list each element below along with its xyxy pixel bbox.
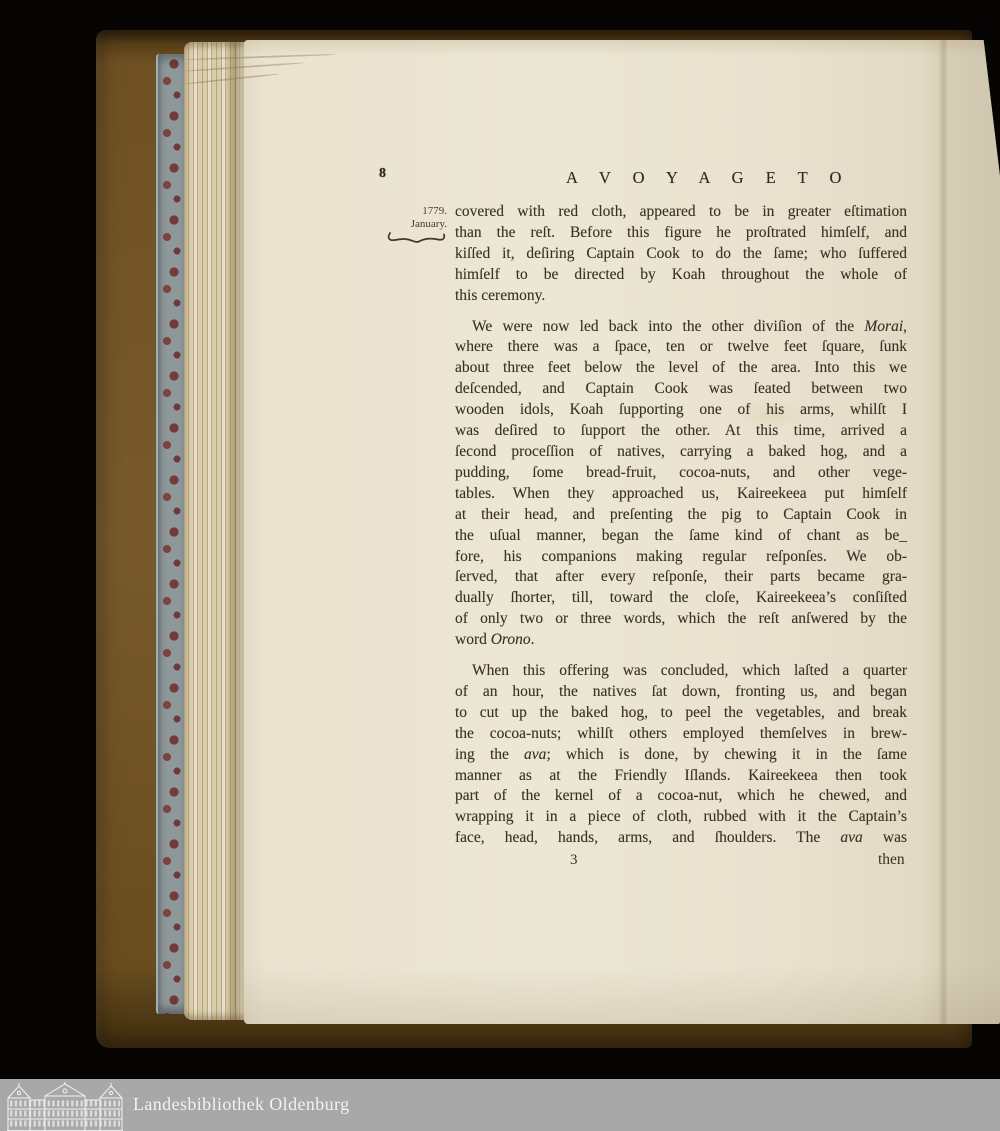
book-page: 8 A V O Y A G E T O 1779. January. cover… xyxy=(244,40,1000,1024)
catchword: then xyxy=(878,851,905,869)
text-line: We were now led back into the other divi… xyxy=(455,317,907,338)
page-stack-fore-edge xyxy=(184,42,245,1020)
text-line: When this offering was concluded, which … xyxy=(455,661,907,682)
library-name: Landesbibliothek Oldenburg xyxy=(133,1094,350,1115)
body-text: covered with red cloth, appeared to be i… xyxy=(455,202,907,849)
text-line: this ceremony. xyxy=(455,286,907,307)
paragraph: We were now led back into the other divi… xyxy=(455,317,907,652)
margin-note-brace xyxy=(387,231,447,245)
text-line: than the reſt. Before this figure he pro… xyxy=(455,223,907,244)
library-building-icon xyxy=(5,1082,125,1131)
signature-mark: 3 xyxy=(570,852,578,869)
text-line: dually ſhorter, till, toward the cloſe, … xyxy=(455,588,907,609)
text-line: pudding, ſome bread-fruit, cocoa-nuts, a… xyxy=(455,463,907,484)
paragraph: covered with red cloth, appeared to be i… xyxy=(455,202,907,307)
text-line: the cocoa-nuts; whilſt others employed t… xyxy=(455,724,907,745)
text-line: ſecond proceſſion of natives, carrying a… xyxy=(455,442,907,463)
text-line: wooden idols, Koah ſupporting one of his… xyxy=(455,400,907,421)
running-title: A V O Y A G E T O xyxy=(566,168,846,188)
text-line: fore, his companions making regular reſp… xyxy=(455,547,907,568)
text-line: ſerved, that after every reſponſe, their… xyxy=(455,567,907,588)
text-line: kiſſed it, deſiring Captain Cook to do t… xyxy=(455,244,907,265)
text-line: of only two or three words, which the re… xyxy=(455,609,907,630)
text-line: covered with red cloth, appeared to be i… xyxy=(455,202,907,223)
text-line: wrapping it in a piece of cloth, rubbed … xyxy=(455,807,907,828)
margin-note: 1779. January. xyxy=(377,205,447,245)
text-line: deſcended, and Captain Cook was ſeated b… xyxy=(455,379,907,400)
text-line: of an hour, the natives ſat down, fronti… xyxy=(455,682,907,703)
margin-note-year: 1779. xyxy=(377,205,447,218)
page-number: 8 xyxy=(379,166,386,182)
text-line: about three feet below the level of the … xyxy=(455,358,907,379)
paragraph: When this offering was concluded, which … xyxy=(455,661,907,849)
text-line: face, head, hands, arms, and ſhoulders. … xyxy=(455,828,907,849)
text-line: tables. When they approached us, Kaireek… xyxy=(455,484,907,505)
library-footer-bar: Landesbibliothek Oldenburg xyxy=(0,1079,1000,1131)
margin-note-month: January. xyxy=(377,218,447,231)
scanned-book-page-view: 8 A V O Y A G E T O 1779. January. cover… xyxy=(0,0,1000,1131)
text-line: the uſual manner, began the ſame kind of… xyxy=(455,526,907,547)
text-line: to cut up the baked hog, to peel the veg… xyxy=(455,703,907,724)
text-line: at their head, and preſenting the pig to… xyxy=(455,505,907,526)
text-line: where there was a ſpace, ten or twelve f… xyxy=(455,337,907,358)
text-line: ing the ava; which is done, by chewing i… xyxy=(455,745,907,766)
text-line: part of the kernel of a cocoa-nut, which… xyxy=(455,786,907,807)
text-line: manner as at the Friendly Iſlands. Kaire… xyxy=(455,766,907,787)
text-line: himſelf to be directed by Koah throughou… xyxy=(455,265,907,286)
text-line: was deſired to ſupport the other. At thi… xyxy=(455,421,907,442)
text-line: word Orono. xyxy=(455,630,907,651)
gutter-shadow xyxy=(938,40,948,1024)
